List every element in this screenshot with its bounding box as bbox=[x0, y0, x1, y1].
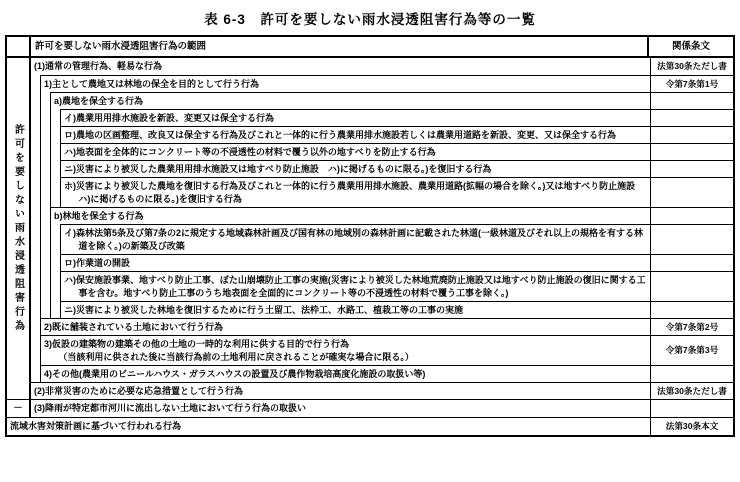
row-ref: 令第7条第1号 bbox=[650, 75, 733, 92]
indent-border-line bbox=[51, 254, 61, 271]
indent-border-line bbox=[31, 271, 41, 301]
indent-border-line bbox=[41, 160, 51, 177]
table-row: ロ)作業道の開設 bbox=[31, 254, 733, 271]
table-row: 4)その他(農業用のビニールハウス・ガラスハウスの設置及び農作物栽培高度化施設の… bbox=[31, 365, 733, 382]
row-text: 1)主として農地又は林地の保全を目的として行う行為 bbox=[41, 75, 650, 92]
row-text: 4)その他(農業用のビニールハウス・ガラスハウスの設置及び農作物栽培高度化施設の… bbox=[41, 365, 650, 382]
table-row: ニ)災害により被災した林地を復旧するために行う土留工、法枠工、水路工、植栽工等の… bbox=[31, 301, 733, 318]
side-label-cell: 許可を要しない雨水浸透阻害行為 bbox=[7, 58, 31, 399]
indent-border-line bbox=[31, 160, 41, 177]
row-text: ロ)農地の区画整理、改良又は保全する行為及びこれと一体的に行う農業用排水施設若し… bbox=[61, 126, 650, 143]
row-text: 3)仮設の建築物の建築その他の土地の一時的な利用に供する目的で行う行為 （当該利… bbox=[41, 335, 650, 365]
row-text: イ)森林法第5条及び第7条の2に規定する地域森林計画及び国有林の地域別の森林計画… bbox=[61, 224, 650, 254]
indent-border-line bbox=[41, 177, 51, 207]
indent-border-line bbox=[31, 254, 41, 271]
row-ref bbox=[650, 160, 733, 177]
row-ref bbox=[650, 109, 733, 126]
row-text: (3)降雨が特定都市河川に流出しない土地において行う行為の取扱い bbox=[31, 400, 650, 417]
permission-exemption-table: 許可を要しない雨水浸透阻害行為の範囲 関係条文 許可を要しない雨水浸透阻害行為 … bbox=[5, 35, 735, 437]
table-row: イ)森林法第5条及び第7条の2に規定する地域森林計画及び国有林の地域別の森林計画… bbox=[31, 224, 733, 254]
table-header-row: 許可を要しない雨水浸透阻害行為の範囲 関係条文 bbox=[7, 37, 733, 58]
dash-marker-cell: － bbox=[7, 400, 31, 417]
side-vertical-label: 許可を要しない雨水浸透阻害行為 bbox=[12, 124, 25, 334]
indent-border-line bbox=[51, 143, 61, 160]
table-row: ニ)災害により被災した農業用用排水施設又は地すべり防止施設 ハ)に掲げるものに限… bbox=[31, 160, 733, 177]
indent-border-line bbox=[51, 271, 61, 301]
table-row: ハ)地表面を全体的にコンクリート等の不浸透性の材料で覆う以外の地すべりを防止する… bbox=[31, 143, 733, 160]
row-text: イ)農業用用排水施設を新設、変更又は保全する行為 bbox=[61, 109, 650, 126]
indent-border-line bbox=[31, 318, 41, 335]
row-text: 流域水害対策計画に基づいて行われる行為 bbox=[7, 418, 650, 435]
row-ref bbox=[650, 365, 733, 382]
table-row: イ)農業用用排水施設を新設、変更又は保全する行為 bbox=[31, 109, 733, 126]
indent-border-line bbox=[41, 271, 51, 301]
indent-border-line bbox=[31, 109, 41, 126]
table-row: b)林地を保全する行為 bbox=[31, 207, 733, 224]
row-ref bbox=[650, 254, 733, 271]
indent-border-line bbox=[51, 160, 61, 177]
row-text: ニ)災害により被災した林地を復旧するために行う土留工、法枠工、水路工、植栽工等の… bbox=[61, 301, 650, 318]
header-range-cell: 許可を要しない雨水浸透阻害行為の範囲 bbox=[31, 37, 647, 56]
header-ref-cell: 関係条文 bbox=[647, 37, 733, 56]
row-ref bbox=[650, 271, 733, 301]
table-body-section: 許可を要しない雨水浸透阻害行為 (1)通常の管理行為、軽易な行為 法第30条ただ… bbox=[7, 58, 733, 399]
indent-border-line bbox=[31, 365, 41, 382]
row-ref bbox=[650, 301, 733, 318]
indent-border-line bbox=[41, 126, 51, 143]
table-row: a)農地を保全する行為 bbox=[31, 92, 733, 109]
indent-border-line bbox=[31, 92, 41, 109]
row-text: 2)既に舗装されている土地において行う行為 bbox=[41, 318, 650, 335]
row-ref: 法第30条本文 bbox=[650, 418, 733, 435]
indent-border-line bbox=[31, 177, 41, 207]
table-row: 1)主として農地又は林地の保全を目的として行う行為 令第7条第1号 bbox=[31, 75, 733, 92]
document-page: 表 6-3 許可を要しない雨水浸透阻害行為等の一覧 許可を要しない雨水浸透阻害行… bbox=[0, 0, 740, 437]
indent-border-line bbox=[41, 92, 51, 109]
row-text: (1)通常の管理行為、軽易な行為 bbox=[31, 58, 650, 75]
row-ref bbox=[650, 143, 733, 160]
indent-border-line bbox=[31, 335, 41, 365]
row-text: (2)非常災害のために必要な応急措置として行う行為 bbox=[31, 382, 650, 399]
indent-border-line bbox=[51, 126, 61, 143]
row-ref bbox=[650, 177, 733, 207]
row-text: ハ)地表面を全体的にコンクリート等の不浸透性の材料で覆う以外の地すべりを防止する… bbox=[61, 143, 650, 160]
rows-container: (1)通常の管理行為、軽易な行為 法第30条ただし書 1)主として農地又は林地の… bbox=[31, 58, 733, 399]
row-ref bbox=[650, 126, 733, 143]
row-ref: 法第30条ただし書 bbox=[650, 58, 733, 75]
row-text: ニ)災害により被災した農業用用排水施設又は地すべり防止施設 ハ)に掲げるものに限… bbox=[61, 160, 650, 177]
indent-border-line bbox=[51, 177, 61, 207]
indent-border-line bbox=[41, 109, 51, 126]
row-text: a)農地を保全する行為 bbox=[51, 92, 650, 109]
indent-border-line bbox=[31, 207, 41, 224]
header-corner-cell bbox=[7, 37, 31, 56]
table-title: 表 6-3 許可を要しない雨水浸透阻害行為等の一覧 bbox=[5, 8, 735, 28]
indent-border-line bbox=[31, 143, 41, 160]
table-row: (2)非常災害のために必要な応急措置として行う行為 法第30条ただし書 bbox=[31, 382, 733, 399]
indent-border-line bbox=[31, 224, 41, 254]
row-ref bbox=[650, 207, 733, 224]
row-ref: 令第7条第2号 bbox=[650, 318, 733, 335]
indent-border-line bbox=[41, 254, 51, 271]
indent-border-line bbox=[51, 109, 61, 126]
no-outflow-row: － (3)降雨が特定都市河川に流出しない土地において行う行為の取扱い bbox=[7, 399, 733, 417]
table-row: ロ)農地の区画整理、改良又は保全する行為及びこれと一体的に行う農業用排水施設若し… bbox=[31, 126, 733, 143]
indent-border-line bbox=[31, 75, 41, 92]
table-row: 3)仮設の建築物の建築その他の土地の一時的な利用に供する目的で行う行為 （当該利… bbox=[31, 335, 733, 365]
table-row: ホ)災害により被災した農地を復旧する行為及びこれと一体的に行う農業用用排水施設、… bbox=[31, 177, 733, 207]
indent-border-line bbox=[31, 126, 41, 143]
row-ref bbox=[650, 400, 733, 417]
table-row: (1)通常の管理行為、軽易な行為 法第30条ただし書 bbox=[31, 58, 733, 75]
row-text: ロ)作業道の開設 bbox=[61, 254, 650, 271]
row-ref: 令第7条第3号 bbox=[650, 335, 733, 365]
table-row: ハ)保安施設事業、地すべり防止工事、ぼた山崩壊防止工事の実施(災害により被災した… bbox=[31, 271, 733, 301]
indent-border-line bbox=[51, 224, 61, 254]
row-ref bbox=[650, 224, 733, 254]
row-ref: 法第30条ただし書 bbox=[650, 382, 733, 399]
indent-border-line bbox=[41, 207, 51, 224]
indent-border-line bbox=[51, 301, 61, 318]
indent-border-line bbox=[41, 301, 51, 318]
indent-border-line bbox=[41, 143, 51, 160]
row-ref bbox=[650, 92, 733, 109]
indent-border-line bbox=[41, 224, 51, 254]
indent-border-line bbox=[31, 301, 41, 318]
basin-plan-row: 流域水害対策計画に基づいて行われる行為 法第30条本文 bbox=[7, 417, 733, 435]
row-text: b)林地を保全する行為 bbox=[51, 207, 650, 224]
row-text: ハ)保安施設事業、地すべり防止工事、ぼた山崩壊防止工事の実施(災害により被災した… bbox=[61, 271, 650, 301]
table-row: 2)既に舗装されている土地において行う行為 令第7条第2号 bbox=[31, 318, 733, 335]
row-text: ホ)災害により被災した農地を復旧する行為及びこれと一体的に行う農業用用排水施設、… bbox=[61, 177, 650, 207]
